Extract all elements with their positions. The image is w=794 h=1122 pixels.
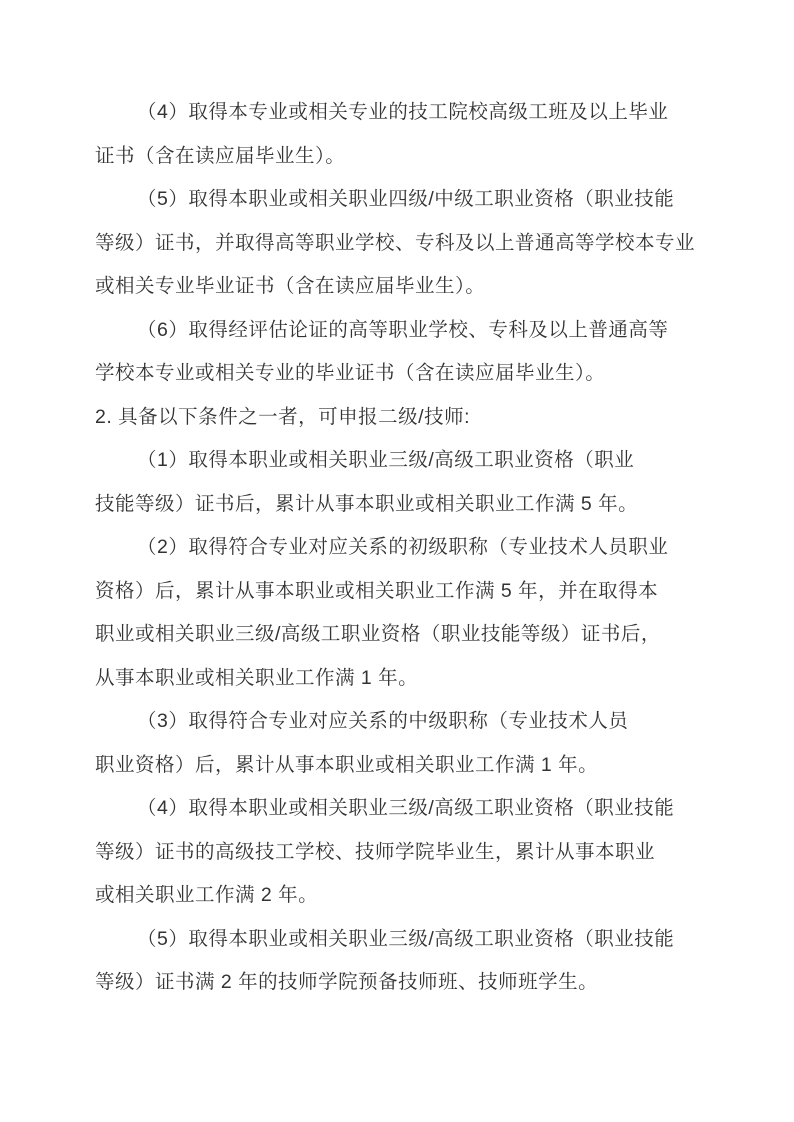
- text-line: （1）取得本职业或相关职业三级/高级工职业资格（职业: [95, 439, 699, 483]
- clause-2-item-3: （3）取得符合专业对应关系的中级职称（专业技术人员 职业资格）后，累计从事本职业…: [95, 700, 699, 787]
- clause-1-item-5: （5）取得本职业或相关职业四级/中级工职业资格（职业技能 等级）证书，并取得高等…: [95, 178, 699, 309]
- text-line: 证书（含在读应届毕业生）。: [95, 135, 699, 179]
- text-line: 职业资格）后，累计从事本职业或相关职业工作满 1 年。: [95, 744, 699, 788]
- text-line: （4）取得本职业或相关职业三级/高级工职业资格（职业技能: [95, 787, 699, 831]
- text-line: （5）取得本职业或相关职业四级/中级工职业资格（职业技能: [95, 178, 699, 222]
- text-line: 职业或相关职业三级/高级工职业资格（职业技能等级）证书后，: [95, 613, 699, 657]
- text-line: 技能等级）证书后，累计从事本职业或相关职业工作满 5 年。: [95, 483, 699, 527]
- clause-2-item-4: （4）取得本职业或相关职业三级/高级工职业资格（职业技能 等级）证书的高级技工学…: [95, 787, 699, 918]
- text-line: 从事本职业或相关职业工作满 1 年。: [95, 657, 699, 701]
- clause-1-item-6: （6）取得经评估论证的高等职业学校、专科及以上普通高等 学校本专业或相关专业的毕…: [95, 309, 699, 396]
- text-line: （5）取得本职业或相关职业三级/高级工职业资格（职业技能: [95, 918, 699, 962]
- clause-2-item-1: （1）取得本职业或相关职业三级/高级工职业资格（职业 技能等级）证书后，累计从事…: [95, 439, 699, 526]
- text-line: 等级）证书满 2 年的技师学院预备技师班、技师班学生。: [95, 961, 699, 1005]
- clause-1-item-4: （4）取得本专业或相关专业的技工院校高级工班及以上毕业 证书（含在读应届毕业生）…: [95, 91, 699, 178]
- text-line: 或相关专业毕业证书（含在读应届毕业生）。: [95, 265, 699, 309]
- section-2-intro: 2. 具备以下条件之一者，可申报二级/技师:: [95, 396, 699, 440]
- text-line: 或相关职业工作满 2 年。: [95, 874, 699, 918]
- text-line: （3）取得符合专业对应关系的中级职称（专业技术人员: [95, 700, 699, 744]
- text-line: （2）取得符合专业对应关系的初级职称（专业技术人员职业: [95, 526, 699, 570]
- text-line: 资格）后，累计从事本职业或相关职业工作满 5 年，并在取得本: [95, 570, 699, 614]
- text-line: 2. 具备以下条件之一者，可申报二级/技师:: [95, 396, 699, 440]
- text-line: （4）取得本专业或相关专业的技工院校高级工班及以上毕业: [95, 91, 699, 135]
- clause-2-item-2: （2）取得符合专业对应关系的初级职称（专业技术人员职业 资格）后，累计从事本职业…: [95, 526, 699, 700]
- text-line: 等级）证书的高级技工学校、技师学院毕业生，累计从事本职业: [95, 831, 699, 875]
- text-line: 学校本专业或相关专业的毕业证书（含在读应届毕业生）。: [95, 352, 699, 396]
- text-line: （6）取得经评估论证的高等职业学校、专科及以上普通高等: [95, 309, 699, 353]
- text-line: 等级）证书，并取得高等职业学校、专科及以上普通高等学校本专业: [95, 222, 699, 266]
- clause-2-item-5: （5）取得本职业或相关职业三级/高级工职业资格（职业技能 等级）证书满 2 年的…: [95, 918, 699, 1005]
- document-page: （4）取得本专业或相关专业的技工院校高级工班及以上毕业 证书（含在读应届毕业生）…: [0, 0, 794, 1122]
